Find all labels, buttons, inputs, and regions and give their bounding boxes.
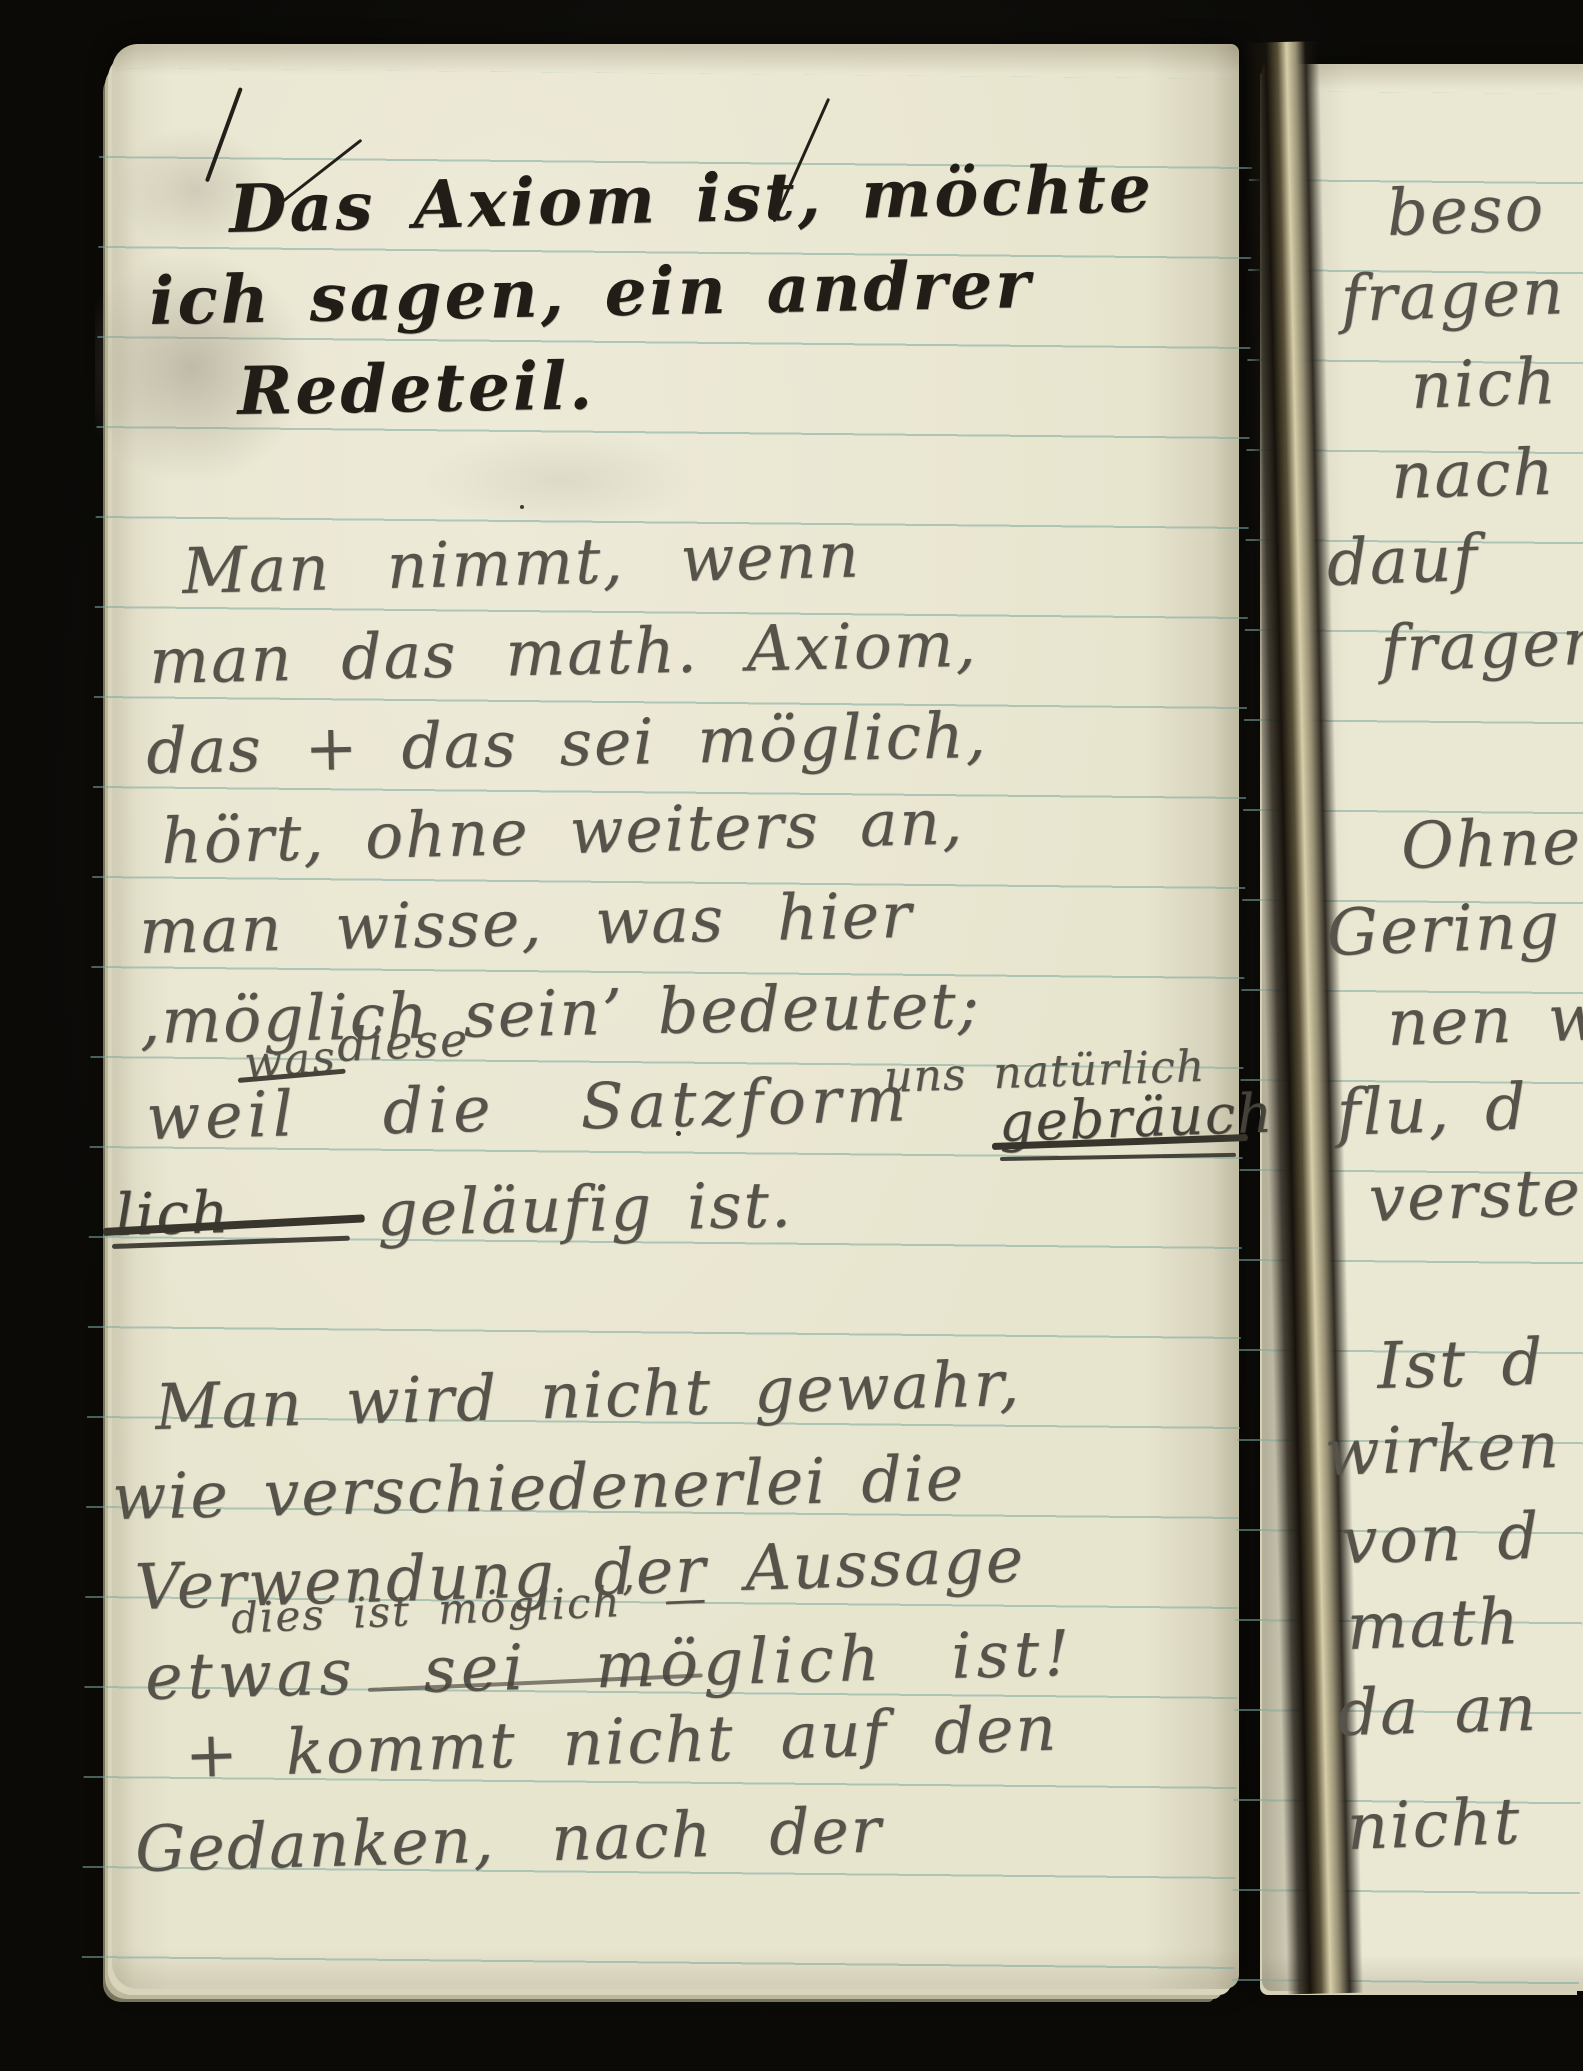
- handwriting-fragment-5: dauf: [1326, 527, 1480, 596]
- handwriting-line-5: man das math. Axiom,: [149, 613, 978, 693]
- handwriting-fragment-13: wirken: [1324, 1414, 1562, 1486]
- handwriting-fragment-12: Ist d: [1376, 1331, 1545, 1399]
- paper-speck: [520, 505, 524, 509]
- handwriting-fragment-7: Ohne: [1400, 810, 1582, 879]
- inserted-word-diese: diese: [336, 1016, 470, 1068]
- handwriting-line-8: man wisse, was hier: [139, 884, 914, 963]
- handwriting-line-1: Das Axiom ist, möchte: [229, 155, 1155, 242]
- handwriting-fragment-16: da an: [1336, 1677, 1538, 1746]
- handwriting-fragment-8: Gering: [1326, 894, 1562, 966]
- handwriting-fragment-2: fragen: [1340, 260, 1567, 332]
- handwriting-fragment-14: von d: [1340, 1505, 1541, 1574]
- handwriting-fragment-10: flu, d: [1336, 1075, 1529, 1146]
- handwriting-line-17: Gedanken, nach der: [134, 1798, 883, 1881]
- handwriting-line-4: Man nimmt, wenn: [181, 523, 861, 603]
- handwriting-line-11: geläufig ist.: [377, 1173, 794, 1245]
- handwriting-line-3: Redeteil.: [237, 352, 596, 424]
- handwriting-fragment-9: nen w: [1386, 986, 1583, 1056]
- handwriting-fragment-11: verste: [1368, 1161, 1583, 1232]
- handwriting-line-7: hört, ohne weiters an,: [160, 790, 964, 873]
- handwriting-fragment-15: math: [1346, 1590, 1522, 1660]
- handwriting-fragment-1: beso: [1386, 177, 1546, 246]
- handwriting-fragment-6: fragen: [1380, 610, 1583, 682]
- handwriting-line-13: wie verschiedenerlei die: [112, 1447, 966, 1529]
- handwriting-line-2: ich sagen, ein andrer: [149, 251, 1034, 334]
- struck-word-lich: lich: [114, 1183, 230, 1244]
- handwriting-fragment-4: nach: [1390, 441, 1556, 509]
- handwriting-fragment-17: nicht: [1346, 1790, 1523, 1860]
- handwriting-line-6: das + das sei möglich,: [146, 704, 988, 783]
- notebook-scan: { "left_page": { "section_mark": "/", "l…: [0, 0, 1583, 2071]
- handwriting-fragment-3: nich: [1410, 350, 1559, 419]
